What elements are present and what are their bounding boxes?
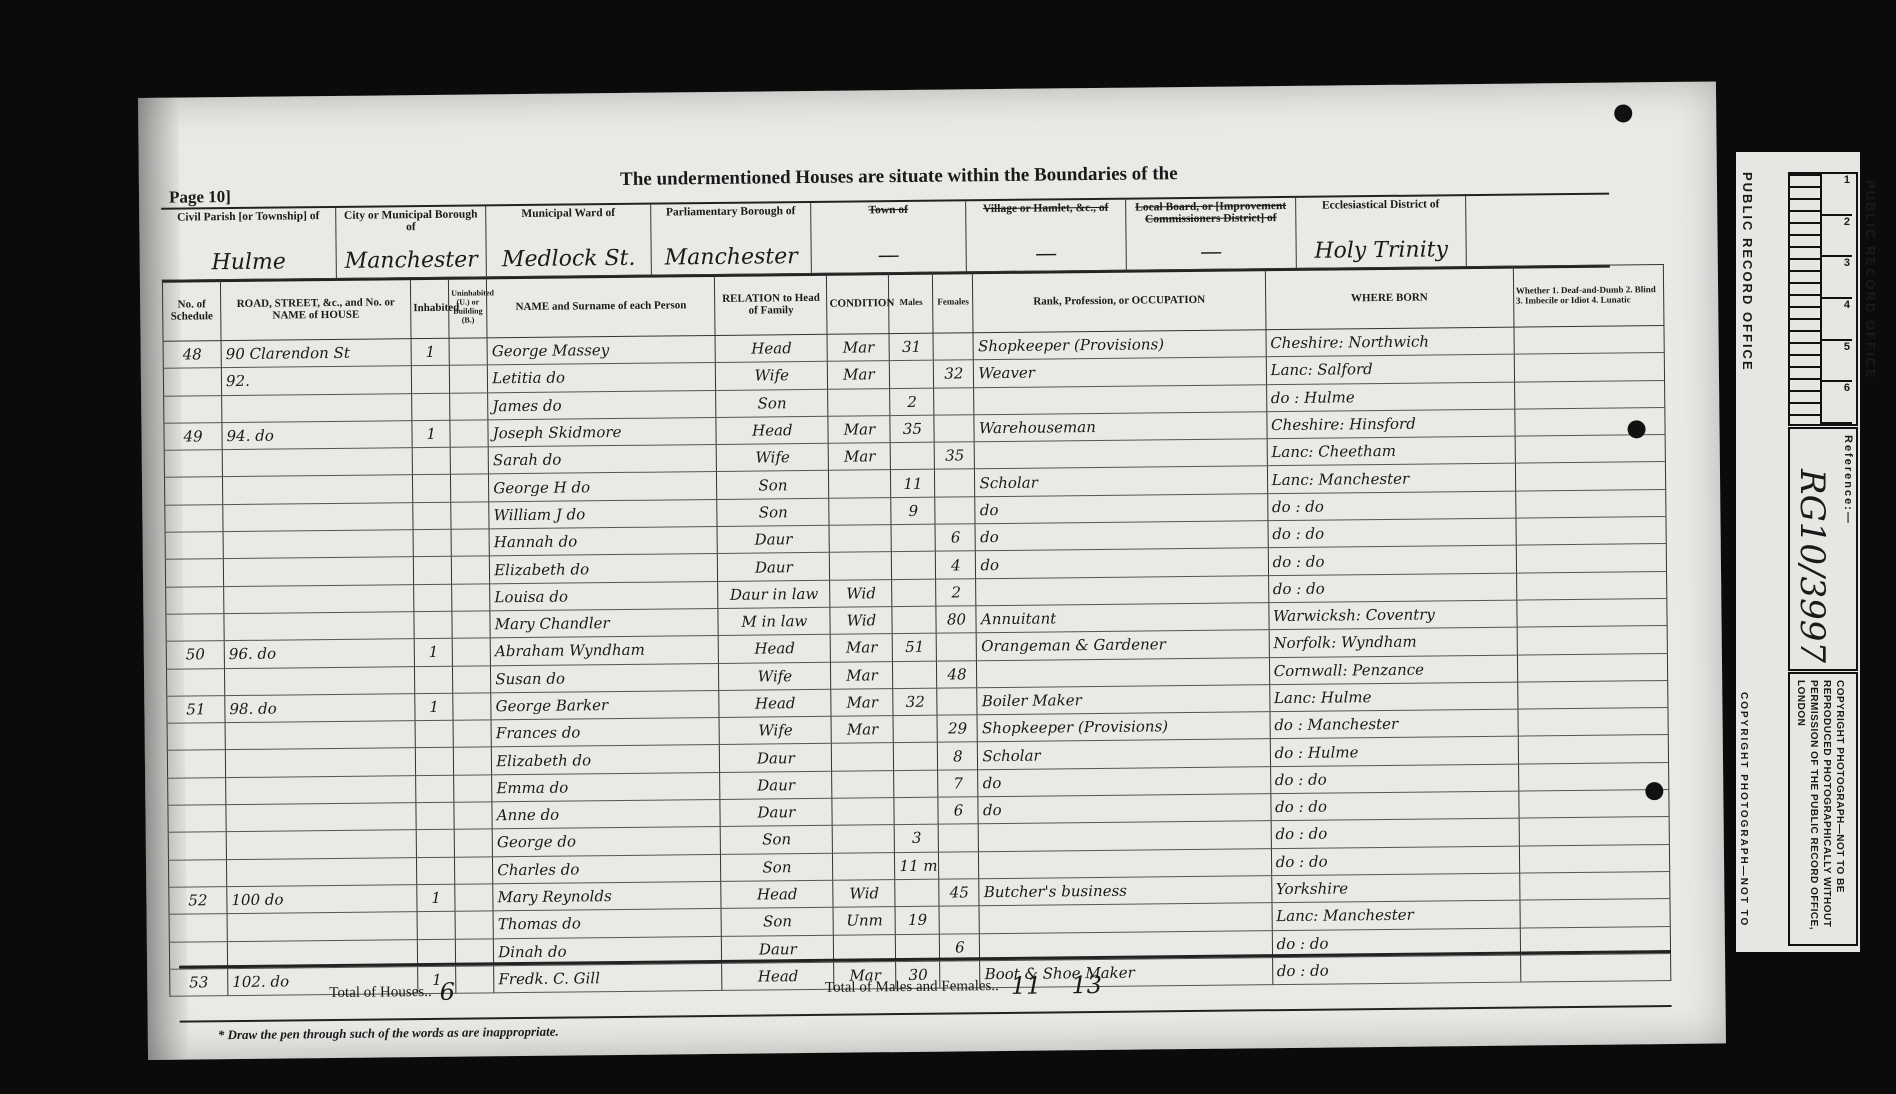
where-born: Warwicksh: Coventry xyxy=(1268,600,1516,630)
condition xyxy=(828,388,890,416)
boundary-cell: Town of— xyxy=(811,201,967,273)
person-name: Charles do xyxy=(493,854,721,884)
address xyxy=(227,857,417,886)
boundary-cell: Local Board, or [Improvement Commissione… xyxy=(1126,198,1297,270)
address xyxy=(226,775,416,804)
uninhabited xyxy=(451,556,489,584)
relation: Daur xyxy=(720,771,832,799)
schedule-no xyxy=(168,859,226,887)
infirmity xyxy=(1520,899,1670,928)
uninhabited xyxy=(451,474,489,502)
age-female: 29 xyxy=(937,715,977,743)
inhabited: 1 xyxy=(411,338,449,366)
schedule-no xyxy=(166,586,224,614)
boundary-label: Civil Parish [or Township] of xyxy=(165,210,331,224)
boundary-cell: Ecclesiastical District ofHoly Trinity xyxy=(1296,196,1467,268)
age-female xyxy=(933,333,973,361)
ruler-number: 3 xyxy=(1822,257,1852,299)
boundary-cell: Municipal Ward ofMedlock St. xyxy=(486,205,652,277)
relation: Daur in law xyxy=(718,580,830,608)
infirmity xyxy=(1518,735,1668,764)
infirmity xyxy=(1515,435,1665,464)
age-male xyxy=(893,715,937,743)
occupation: Butcher's business xyxy=(979,876,1271,906)
address xyxy=(222,448,412,477)
inhabited xyxy=(411,366,449,394)
age-female xyxy=(935,469,975,497)
address xyxy=(224,584,414,613)
age-male xyxy=(894,743,938,771)
condition: Mar xyxy=(828,416,890,444)
condition: Wid xyxy=(830,579,892,607)
person-name: Joseph Skidmore xyxy=(488,417,716,447)
age-female xyxy=(937,633,977,661)
occupation xyxy=(976,575,1268,605)
boundary-label: Town of xyxy=(815,203,961,217)
boundary-value: Hulme xyxy=(162,249,336,276)
col-relation: RELATION to Head of Family xyxy=(715,273,828,335)
total-houses-label: Total of Houses.. xyxy=(329,983,431,1001)
age-female: 4 xyxy=(936,551,976,579)
schedule-no xyxy=(164,395,222,423)
occupation xyxy=(977,657,1269,687)
uninhabited xyxy=(455,884,493,912)
punch-hole xyxy=(1614,104,1632,122)
age-male: 31 xyxy=(889,333,933,361)
inhabited xyxy=(417,857,455,885)
occupation xyxy=(979,848,1271,878)
col-uninhabited: Uninhabited (U.) or Building (B.) xyxy=(449,277,488,338)
person-name: Anne do xyxy=(492,799,720,829)
schedule-no xyxy=(166,668,224,696)
reference-value: RG10/3997 xyxy=(1792,469,1832,663)
infirmity xyxy=(1514,380,1664,409)
age-male: 9 xyxy=(891,497,935,525)
infirmity xyxy=(1515,462,1665,491)
page-heading: The undermentioned Houses are situate wi… xyxy=(149,158,1649,196)
age-male xyxy=(891,442,935,470)
uninhabited xyxy=(450,392,488,420)
schedule-no: 52 xyxy=(169,887,227,915)
occupation xyxy=(979,903,1271,933)
inhabited xyxy=(417,911,455,939)
uninhabited xyxy=(450,447,488,475)
uninhabited xyxy=(454,802,492,830)
boundary-value: — xyxy=(1127,239,1296,266)
infirmity xyxy=(1519,817,1669,846)
occupation: do xyxy=(978,766,1270,796)
person-name: George do xyxy=(492,827,720,857)
condition xyxy=(829,470,891,498)
relation: Son xyxy=(721,853,833,881)
address: 90 Clarendon St xyxy=(221,339,411,368)
occupation xyxy=(979,821,1271,851)
uninhabited xyxy=(452,611,490,639)
col-address: ROAD, STREET, &c., and No. or NAME of HO… xyxy=(220,278,411,341)
infirmity xyxy=(1514,353,1664,382)
schedule-no xyxy=(169,914,227,942)
infirmity xyxy=(1519,844,1669,873)
col-males: Males xyxy=(889,272,934,333)
relation: Daur xyxy=(720,744,832,772)
uninhabited xyxy=(451,529,489,557)
side-title: PUBLIC RECORD OFFICE xyxy=(1740,172,1755,372)
schedule-no xyxy=(163,368,221,396)
relation: M in law xyxy=(718,607,830,635)
strip-title: PUBLIC RECORD OFFICE xyxy=(1863,180,1878,380)
reference-box: Reference:— RG10/3997 xyxy=(1788,427,1858,671)
uninhabited xyxy=(455,911,493,939)
infirmity xyxy=(1517,680,1667,709)
inhabited xyxy=(414,584,452,612)
where-born: Lanc: Cheetham xyxy=(1267,436,1515,466)
boundary-label: Parliamentary Borough of xyxy=(655,205,806,219)
age-female: 80 xyxy=(936,606,976,634)
relation: Daur xyxy=(718,553,830,581)
person-name: Susan do xyxy=(491,663,719,693)
address: 92. xyxy=(221,366,411,395)
where-born: Cheshire: Northwich xyxy=(1266,327,1514,357)
occupation: do xyxy=(975,493,1267,523)
address xyxy=(226,830,416,859)
relation: Daur xyxy=(720,798,832,826)
schedule-no: 49 xyxy=(164,423,222,451)
ruler-number: 6 xyxy=(1822,382,1852,424)
age-male xyxy=(894,797,938,825)
person-name: Elizabeth do xyxy=(492,745,720,775)
inhabited: 1 xyxy=(412,420,450,448)
age-female: 45 xyxy=(939,879,979,907)
infirmity xyxy=(1519,871,1669,900)
person-name: George H do xyxy=(489,472,717,502)
condition xyxy=(829,525,891,553)
uninhabited xyxy=(453,720,491,748)
condition: Wid xyxy=(830,607,892,635)
where-born: Lanc: Manchester xyxy=(1272,900,1520,930)
schedule-no xyxy=(165,559,223,587)
inhabited xyxy=(413,502,451,530)
condition: Unm xyxy=(833,907,895,935)
where-born: do : do xyxy=(1267,491,1515,521)
condition xyxy=(830,552,892,580)
age-male xyxy=(894,770,938,798)
age-female: 35 xyxy=(935,442,975,470)
occupation: Warehouseman xyxy=(974,412,1266,442)
occupation: Annuitant xyxy=(976,603,1268,633)
person-name: Emma do xyxy=(492,772,720,802)
age-male xyxy=(893,661,937,689)
boundary-label: Ecclesiastical District of xyxy=(1300,198,1461,212)
address xyxy=(223,475,413,504)
where-born: do : do xyxy=(1271,818,1519,848)
col-females: Females xyxy=(933,272,974,333)
uninhabited xyxy=(452,638,490,666)
boundary-value: Holy Trinity xyxy=(1297,237,1466,264)
schedule-no xyxy=(167,750,225,778)
where-born: Lanc: Manchester xyxy=(1267,464,1515,494)
ruler-number: 2 xyxy=(1822,216,1852,258)
infirmity xyxy=(1516,517,1666,546)
inhabited xyxy=(413,475,451,503)
infirmity xyxy=(1517,626,1667,655)
where-born: do : do xyxy=(1268,573,1516,603)
where-born: do : do xyxy=(1271,846,1519,876)
age-male: 19 xyxy=(895,906,939,934)
col-where-born: WHERE BORN xyxy=(1265,266,1514,330)
uninhabited xyxy=(450,420,488,448)
footnote: * Draw the pen through such of the words… xyxy=(218,1024,559,1044)
occupation: Boiler Maker xyxy=(977,685,1269,715)
person-name: Frances do xyxy=(491,718,719,748)
where-born: Lanc: Hulme xyxy=(1269,682,1517,712)
boundary-value: Medlock St. xyxy=(487,246,651,273)
address xyxy=(226,803,416,832)
age-male: 11 months xyxy=(895,852,939,880)
condition xyxy=(832,770,894,798)
where-born: Lanc: Salford xyxy=(1266,354,1514,384)
schedule-no xyxy=(165,504,223,532)
occupation xyxy=(974,384,1266,414)
address xyxy=(222,393,412,422)
person-name: Mary Reynolds xyxy=(493,881,721,911)
census-table: No. of Schedule ROAD, STREET, &c., and N… xyxy=(162,264,1671,997)
punch-hole xyxy=(1627,420,1645,438)
inhabited xyxy=(412,393,450,421)
condition: Mar xyxy=(831,688,893,716)
where-born: do : do xyxy=(1268,545,1516,575)
occupation: Scholar xyxy=(975,466,1267,496)
age-female: 6 xyxy=(938,797,978,825)
ruler-number: 5 xyxy=(1822,341,1852,383)
uninhabited xyxy=(449,338,487,366)
occupation xyxy=(975,439,1267,469)
uninhabited xyxy=(453,693,491,721)
boundary-value: Manchester xyxy=(652,244,811,271)
punch-hole xyxy=(1645,782,1663,800)
condition: Mar xyxy=(827,334,889,362)
age-female: 8 xyxy=(938,742,978,770)
age-female: 48 xyxy=(937,660,977,688)
uninhabited xyxy=(453,747,491,775)
address xyxy=(223,530,413,559)
person-name: Elizabeth do xyxy=(490,554,718,584)
inhabited xyxy=(416,775,454,803)
age-female: 2 xyxy=(936,578,976,606)
relation: Wife xyxy=(716,362,828,390)
age-male xyxy=(895,879,939,907)
age-female xyxy=(937,688,977,716)
age-female xyxy=(934,415,974,443)
condition xyxy=(832,743,894,771)
age-male: 51 xyxy=(893,633,937,661)
age-female xyxy=(935,497,975,525)
boundary-cell: City or Municipal Borough ofManchester xyxy=(336,206,487,278)
inhabited xyxy=(413,529,451,557)
boundary-label: Village or Hamlet, &c., of xyxy=(970,202,1121,216)
person-name: Thomas do xyxy=(493,909,721,939)
infirmity xyxy=(1517,653,1667,682)
total-persons-label: Total of Males and Females.. xyxy=(825,978,999,997)
total-females-value: 13 xyxy=(1071,971,1102,999)
occupation: do xyxy=(976,548,1268,578)
infirmity xyxy=(1517,598,1667,627)
age-female xyxy=(939,851,979,879)
where-born: do : Hulme xyxy=(1270,737,1518,767)
copyright-box: COPYRIGHT PHOTOGRAPH—NOT TO BE REPRODUCE… xyxy=(1788,672,1858,946)
infirmity xyxy=(1514,326,1664,355)
where-born: do : do xyxy=(1268,518,1516,548)
address xyxy=(225,666,415,695)
relation: Head xyxy=(718,635,830,663)
condition: Mar xyxy=(829,443,891,471)
schedule-no xyxy=(166,614,224,642)
boundary-label: Local Board, or [Improvement Commissione… xyxy=(1130,200,1291,226)
occupation: do xyxy=(975,521,1267,551)
relation: Son xyxy=(716,389,828,417)
infirmity xyxy=(1518,708,1668,737)
total-houses-value: 6 xyxy=(440,978,456,1006)
inhabited: 1 xyxy=(415,693,453,721)
where-born: Yorkshire xyxy=(1271,873,1519,903)
age-male xyxy=(892,552,936,580)
inhabited xyxy=(415,666,453,694)
relation: Wife xyxy=(716,443,828,471)
schedule-no xyxy=(168,805,226,833)
address: 98. do xyxy=(225,693,415,722)
occupation: Shopkeeper (Provisions) xyxy=(973,330,1265,360)
reference-label: Reference:— xyxy=(1842,435,1854,525)
uninhabited xyxy=(449,365,487,393)
person-name: Abraham Wyndham xyxy=(490,636,718,666)
age-male: 32 xyxy=(893,688,937,716)
col-condition: CONDITION xyxy=(827,273,890,335)
boundary-cell: Village or Hamlet, &c., of— xyxy=(966,200,1127,272)
schedule-no xyxy=(168,777,226,805)
address xyxy=(225,748,415,777)
where-born: Cheshire: Hinsford xyxy=(1266,409,1514,439)
schedule-no: 50 xyxy=(166,641,224,669)
schedule-no: 48 xyxy=(163,341,221,369)
condition xyxy=(829,497,891,525)
boundary-value: — xyxy=(967,241,1126,268)
occupation: Scholar xyxy=(978,739,1270,769)
total-males-value: 11 xyxy=(1011,972,1042,1000)
person-name: Hannah do xyxy=(489,527,717,557)
inhabited xyxy=(415,748,453,776)
address: 100 do xyxy=(227,885,417,914)
where-born: Norfolk: Wyndham xyxy=(1269,627,1517,657)
person-name: George Barker xyxy=(491,690,719,720)
scale-ruler: 123456 PUBLIC RECORD OFFICE xyxy=(1788,172,1858,426)
uninhabited xyxy=(451,502,489,530)
age-male xyxy=(890,360,934,388)
inhabited: 1 xyxy=(414,639,452,667)
address xyxy=(227,912,417,941)
person-name: James do xyxy=(488,390,716,420)
boundary-value: Manchester xyxy=(337,247,486,274)
condition: Mar xyxy=(831,716,893,744)
occupation: Orangeman & Gardener xyxy=(977,630,1269,660)
occupation: Weaver xyxy=(974,357,1266,387)
uninhabited xyxy=(455,856,493,884)
age-female: 6 xyxy=(935,524,975,552)
col-schedule: No. of Schedule xyxy=(162,280,221,342)
occupation: Shopkeeper (Provisions) xyxy=(977,712,1269,742)
person-name: George Massey xyxy=(487,335,715,365)
ruler-numbers: 123456 xyxy=(1820,174,1852,424)
address xyxy=(224,612,414,641)
ruler-number: 4 xyxy=(1822,299,1852,341)
census-page: Page 10] The undermentioned Houses are s… xyxy=(138,81,1726,1059)
inhabited xyxy=(415,720,453,748)
age-male xyxy=(892,606,936,634)
boundary-label: Municipal Ward of xyxy=(490,207,646,221)
person-name: William J do xyxy=(489,499,717,529)
age-female xyxy=(934,387,974,415)
copyright-notice: COPYRIGHT PHOTOGRAPH—NOT TO BE REPRODUCE… xyxy=(1794,680,1846,938)
relation: Son xyxy=(717,498,829,526)
age-female: 7 xyxy=(938,769,978,797)
person-name: Mary Chandler xyxy=(490,608,718,638)
relation: Head xyxy=(721,880,833,908)
boundary-cell: Civil Parish [or Township] ofHulme xyxy=(161,208,337,280)
inhabited: 1 xyxy=(417,884,455,912)
person-name: Sarah do xyxy=(488,445,716,475)
archive-strip: PUBLIC RECORD OFFICE 123456 PUBLIC RECOR… xyxy=(1736,152,1860,952)
age-male xyxy=(891,524,935,552)
uninhabited xyxy=(454,775,492,803)
census-rows: 4890 Clarendon St1George MasseyHeadMar31… xyxy=(163,326,1671,997)
infirmity xyxy=(1516,544,1666,573)
side-copyright: COPYRIGHT PHOTOGRAPH—NOT TO xyxy=(1738,692,1749,927)
condition xyxy=(833,852,895,880)
col-occupation: Rank, Profession, or OCCUPATION xyxy=(973,269,1266,333)
relation: Son xyxy=(721,907,833,935)
condition: Mar xyxy=(831,634,893,662)
where-born: do : Manchester xyxy=(1270,709,1518,739)
schedule-no xyxy=(165,532,223,560)
where-born: do : do xyxy=(1270,764,1518,794)
col-name: NAME and Surname of each Person xyxy=(487,274,716,337)
boundary-label: City or Municipal Borough of xyxy=(340,208,481,233)
uninhabited xyxy=(452,584,490,612)
relation: Son xyxy=(717,471,829,499)
address: 96. do xyxy=(224,639,414,668)
age-male xyxy=(892,579,936,607)
relation: Head xyxy=(715,334,827,362)
relation: Daur xyxy=(717,525,829,553)
inhabited xyxy=(412,447,450,475)
relation: Head xyxy=(716,416,828,444)
age-female xyxy=(939,824,979,852)
boundary-value: — xyxy=(812,242,966,269)
where-born: Cornwall: Penzance xyxy=(1269,655,1517,685)
schedule-no xyxy=(164,477,222,505)
schedule-no: 51 xyxy=(167,695,225,723)
relation: Wife xyxy=(719,662,831,690)
address xyxy=(223,502,413,531)
inhabited xyxy=(414,611,452,639)
infirmity xyxy=(1515,489,1665,518)
occupation: do xyxy=(978,794,1270,824)
inhabited xyxy=(416,830,454,858)
person-name: Louisa do xyxy=(490,581,718,611)
census-form: Page 10] The undermentioned Houses are s… xyxy=(148,122,1657,1008)
ruler-ticks xyxy=(1790,174,1820,424)
address: 94. do xyxy=(222,421,412,450)
condition: Mar xyxy=(831,661,893,689)
condition xyxy=(833,825,895,853)
